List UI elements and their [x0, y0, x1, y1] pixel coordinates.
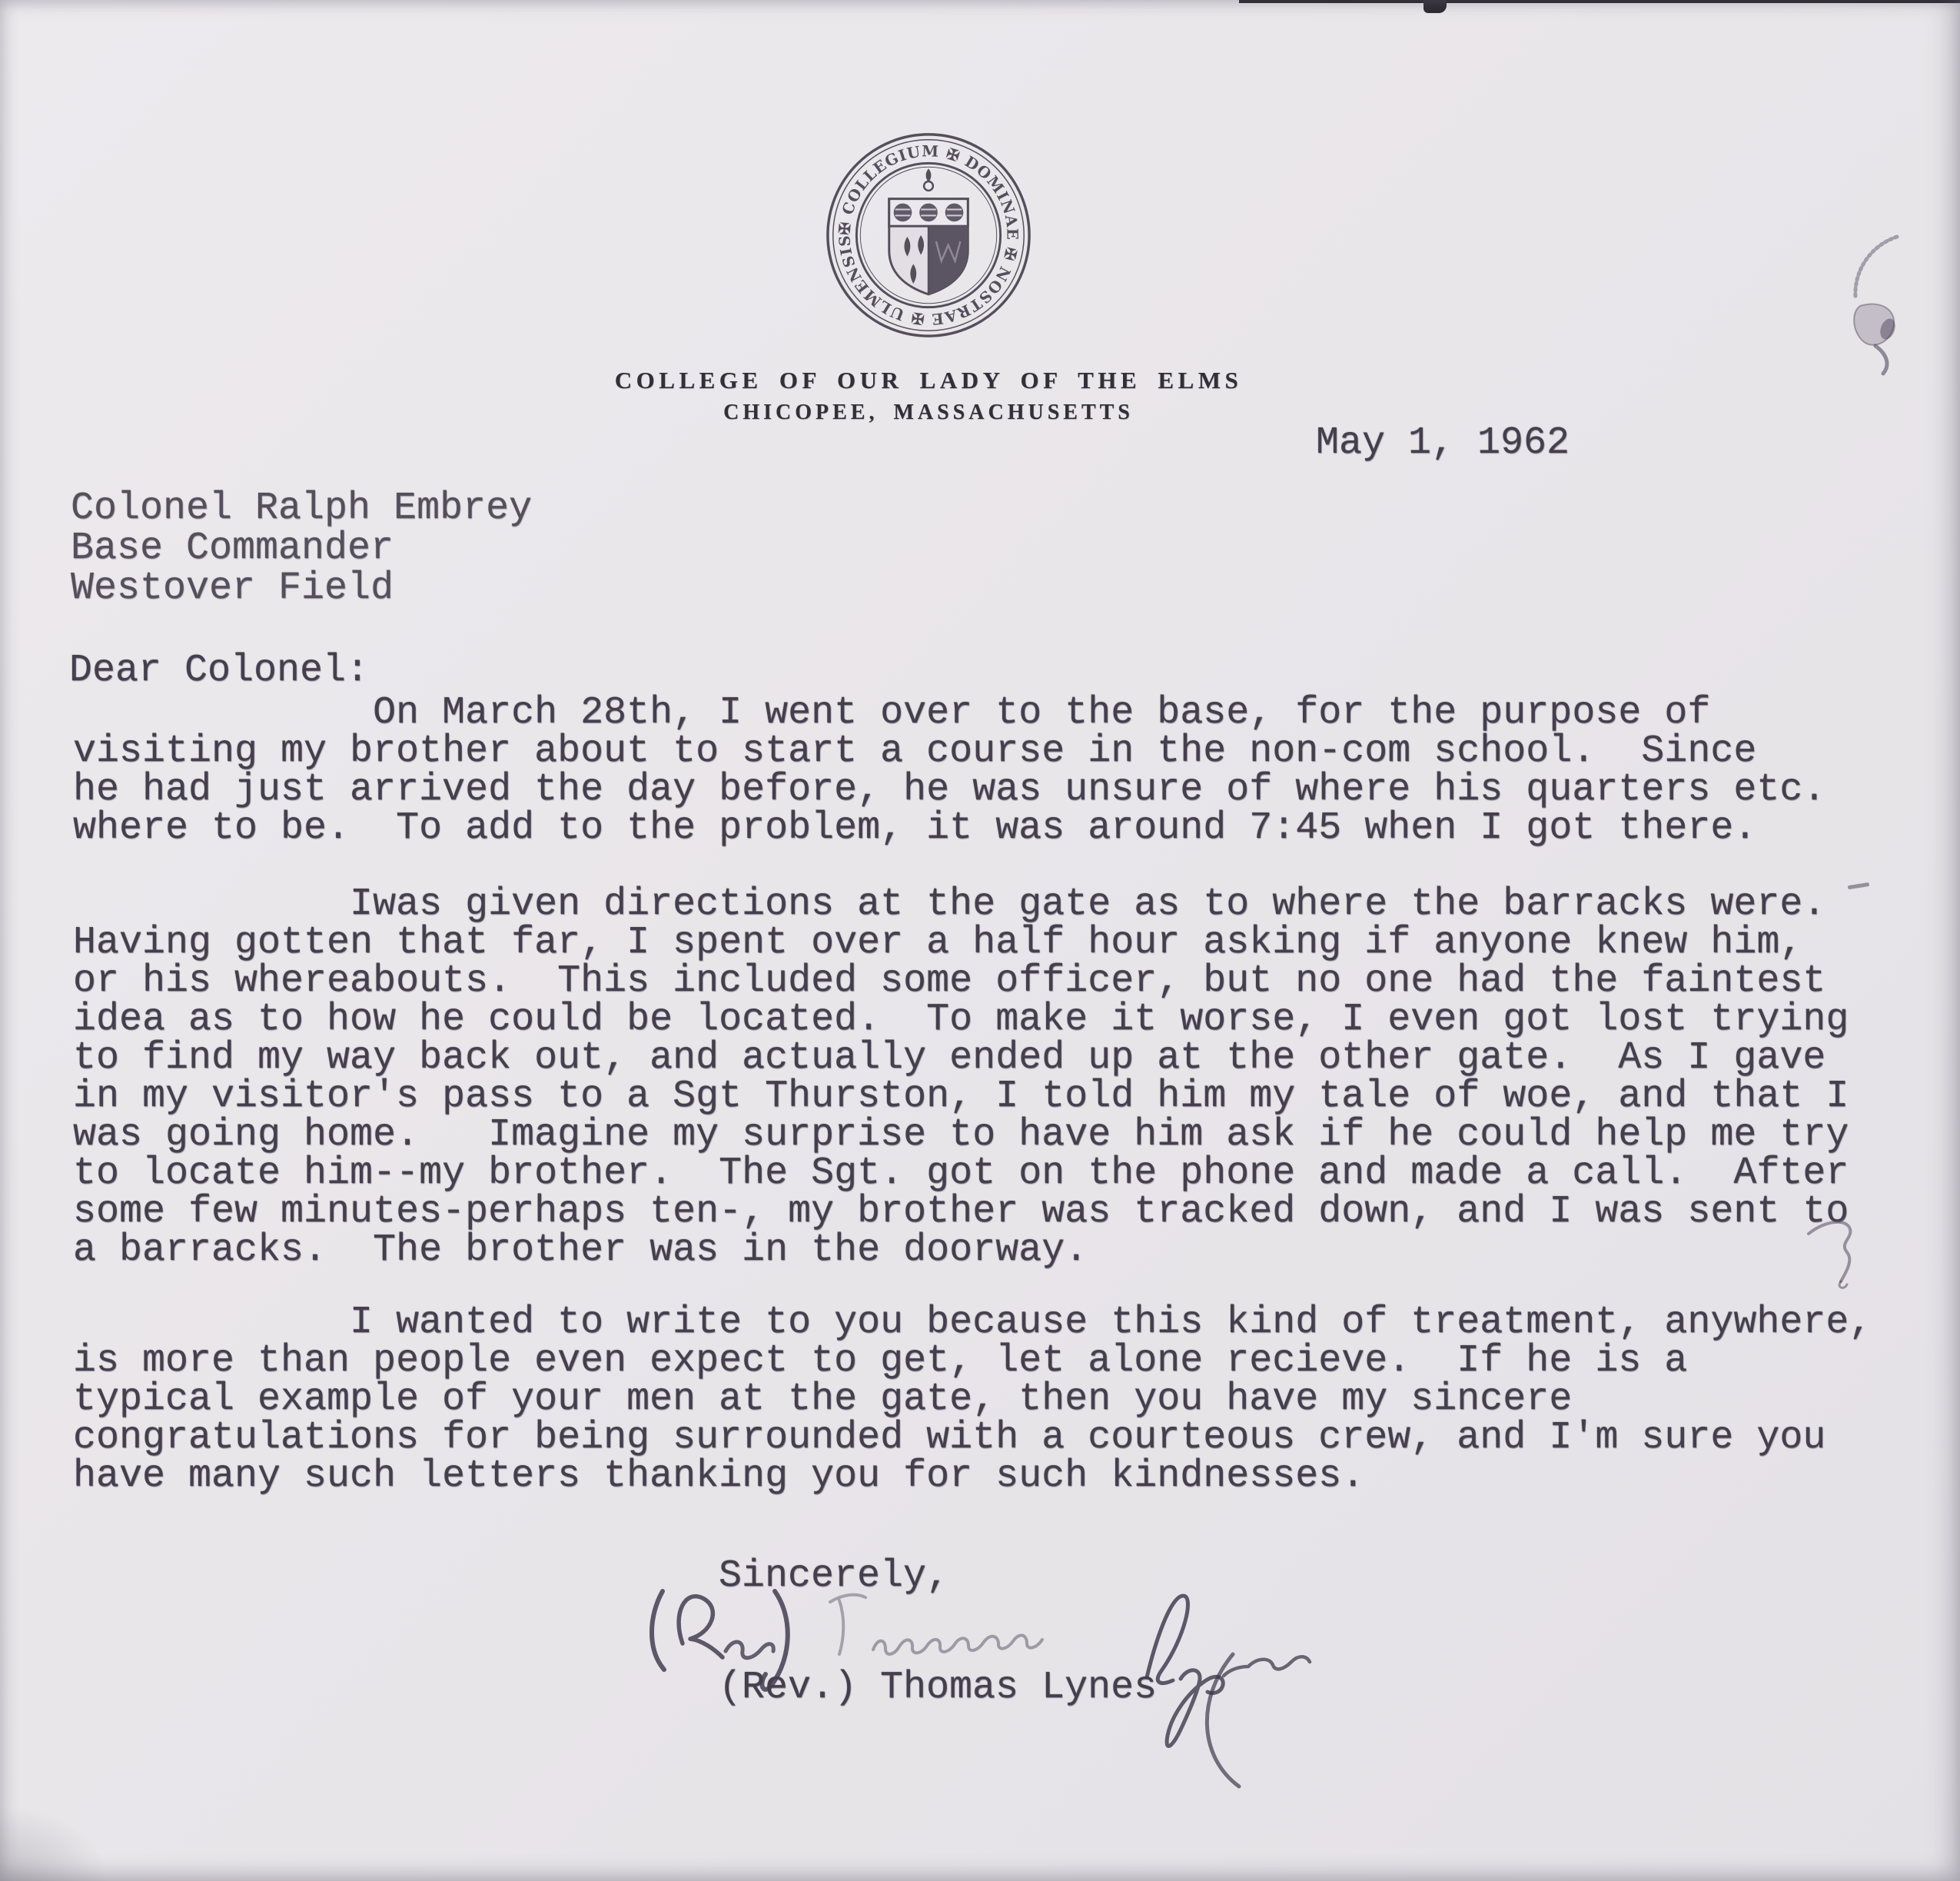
- pen-mark: [1802, 1211, 1879, 1295]
- body-paragraph-3: I wanted to write to you because this ki…: [73, 1304, 1872, 1496]
- body-paragraph-2: Iwas given directions at the gate as to …: [73, 886, 1849, 1270]
- signature-typed: (Rev.) Thomas Lynes: [719, 1669, 1157, 1707]
- salutation: Dear Colonel:: [69, 652, 369, 690]
- date-line: May 1, 1962: [1316, 424, 1570, 463]
- body-paragraph-1: On March 28th, I went over to the base, …: [73, 694, 1825, 848]
- stray-dash-mark: [1848, 882, 1869, 889]
- recipient-address: Colonel Ralph Embrey Base Commander West…: [71, 489, 532, 609]
- letterhead-institution: COLLEGE OF OUR LADY OF THE ELMS: [0, 367, 1857, 394]
- scanned-letter-page: ✠ COLLEGIUM ✠ DOMINAE ✠ NOSTRAE ✠ ULMENS…: [0, 0, 1960, 1881]
- scan-edge-notch: [1423, 0, 1447, 13]
- shield-roundels: [894, 204, 964, 222]
- scan-edge-line: [1239, 0, 1960, 3]
- letterhead-location: CHICOPEE, MASSACHUSETTS: [0, 400, 1857, 425]
- college-seal: ✠ COLLEGIUM ✠ DOMINAE ✠ NOSTRAE ✠ ULMENS…: [820, 129, 1037, 341]
- seal-crest-icon: [926, 168, 932, 182]
- letterhead: ✠ COLLEGIUM ✠ DOMINAE ✠ NOSTRAE ✠ ULMENS…: [0, 129, 1857, 425]
- ink-smudge: [1829, 223, 1922, 384]
